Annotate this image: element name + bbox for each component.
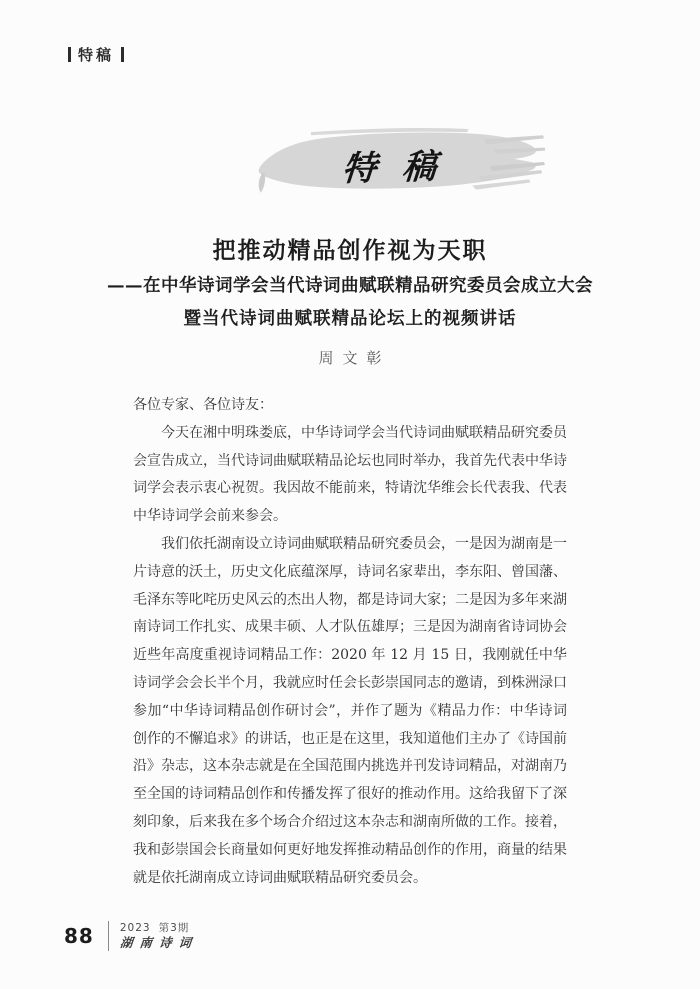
article-subtitle-line2: 暨当代诗词曲赋联精品论坛上的视频讲话 xyxy=(0,307,700,331)
article-title: 把推动精品创作视为天职 xyxy=(0,236,700,266)
tag-right-bar xyxy=(121,47,124,62)
article-subtitle-line1: ——在中华诗词学会当代诗词曲赋联精品研究委员会成立大会 xyxy=(0,274,700,298)
page-number: 88 xyxy=(64,924,94,948)
salutation: 各位专家、各位诗友： xyxy=(133,392,567,420)
footer-info: 2023第3期 湖南诗词 xyxy=(120,923,198,949)
article-body: 各位专家、各位诗友： 今天在湘中明珠娄底，中华诗词学会当代诗词曲赋联精品研究委员… xyxy=(133,392,567,892)
headline-block: 把推动精品创作视为天职 ——在中华诗词学会当代诗词曲赋联精品研究委员会成立大会 … xyxy=(0,236,700,368)
author-name: 周文彰 xyxy=(0,347,700,368)
paragraph: 我们依托湖南设立诗词曲赋联精品研究委员会，一是因为湖南是一片诗意的沃土，历史文化… xyxy=(133,531,567,892)
paragraph: 今天在湘中明珠娄底，中华诗词学会当代诗词曲赋联精品研究委员会宣告成立，当代诗词曲… xyxy=(133,420,567,531)
journal-name: 湖南诗词 xyxy=(119,937,198,950)
issue-number: 第3期 xyxy=(159,922,190,934)
brush-banner: 特稿 xyxy=(250,126,545,202)
page-footer: 88 2023第3期 湖南诗词 xyxy=(64,921,198,951)
tag-left-bar xyxy=(68,47,71,62)
issue-year: 2023 xyxy=(120,922,151,934)
section-tag-label: 特稿 xyxy=(78,44,114,65)
issue-line: 2023第3期 xyxy=(120,923,198,934)
banner-calligraphy: 特稿 xyxy=(248,136,548,193)
section-tag: 特稿 xyxy=(68,44,124,65)
magazine-page: 特稿 特稿 把推动精品创作视为天职 ——在中华诗词学会当代诗词曲赋联精品研究委员… xyxy=(0,0,700,989)
footer-divider xyxy=(108,921,109,951)
